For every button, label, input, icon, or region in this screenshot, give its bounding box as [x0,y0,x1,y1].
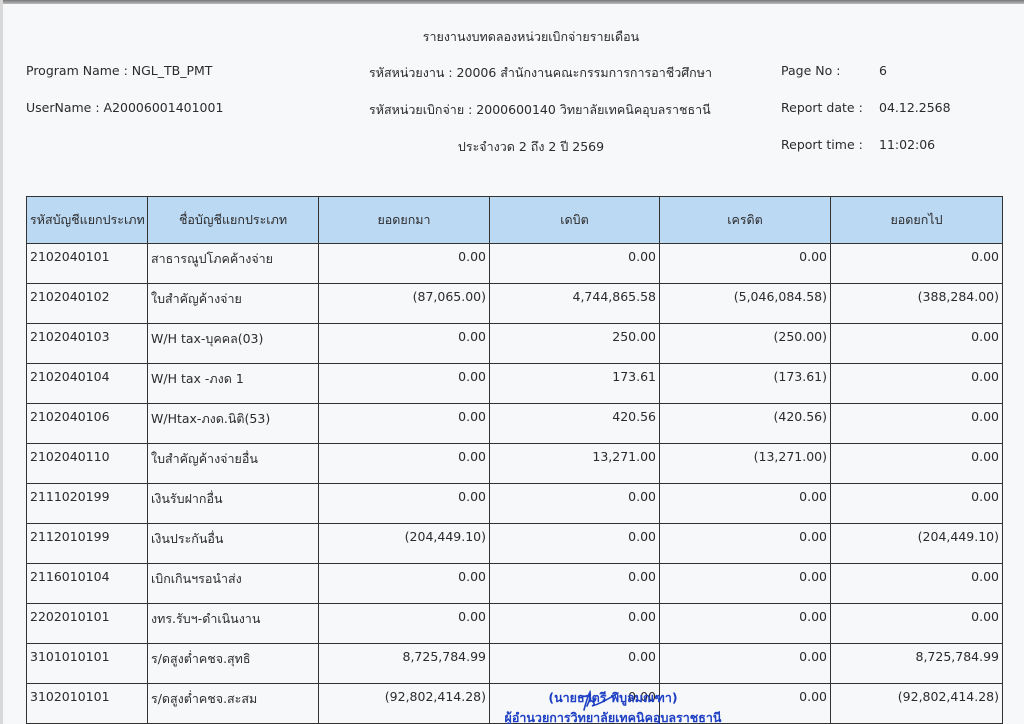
cell-credit: (250.00) [660,324,831,364]
cell-closing-balance: 0.00 [831,404,1003,444]
cell-debit: 0.00 [490,564,660,604]
cell-account-name: ร/ดสูงต่ำคชจ.สุทธิ [148,644,319,684]
page-no-label: Page No : [781,63,840,78]
cell-debit: 173.61 [490,364,660,404]
page-left-edge [0,0,3,724]
cell-opening-balance: 0.00 [319,484,490,524]
org-code: รหัสหน่วยงาน : 20006 สำนักงานคณะกรรมการก… [369,63,712,83]
table-row: 2102040110ใบสำคัญค้างจ่ายอื่น0.0013,271.… [27,444,1003,484]
col-header-closing-balance: ยอดยกไป [831,197,1003,244]
cell-opening-balance: (204,449.10) [319,524,490,564]
signer-title: ผู้อำนวยการวิทยาลัยเทคนิคอุบลราชธานี [0,708,1024,724]
cell-debit: 420.56 [490,404,660,444]
cell-closing-balance: 0.00 [831,484,1003,524]
cell-account-code: 2102040104 [27,364,148,404]
cell-credit: 0.00 [660,644,831,684]
cell-account-name: ใบสำคัญค้างจ่าย [148,284,319,324]
col-header-account-name: ชื่อบัญชีแยกประเภท [148,197,319,244]
cell-account-name: งทร.รับฯ-ดำเนินงาน [148,604,319,644]
cell-opening-balance: 0.00 [319,604,490,644]
cell-account-name: เงินรับฝากอื่น [148,484,319,524]
cell-closing-balance: 0.00 [831,604,1003,644]
col-header-debit: เดบิต [490,197,660,244]
cell-closing-balance: 0.00 [831,564,1003,604]
cell-account-name: เบิกเกินฯรอนำส่ง [148,564,319,604]
cell-opening-balance: 0.00 [319,364,490,404]
cell-account-code: 2202010101 [27,604,148,644]
cell-credit: 0.00 [660,244,831,284]
col-header-credit: เครดิต [660,197,831,244]
cell-account-name: สาธารณูปโภคค้างจ่าย [148,244,319,284]
cell-debit: 13,271.00 [490,444,660,484]
cell-opening-balance: 0.00 [319,244,490,284]
cell-closing-balance: (388,284.00) [831,284,1003,324]
cell-credit: (13,271.00) [660,444,831,484]
table-row: 2102040102ใบสำคัญค้างจ่าย(87,065.00)4,74… [27,284,1003,324]
report-time: 11:02:06 [879,137,935,152]
program-name: Program Name : NGL_TB_PMT [26,63,212,78]
cell-opening-balance: (87,065.00) [319,284,490,324]
cell-account-code: 3101010101 [27,644,148,684]
username: UserName : A20006001401001 [26,100,223,115]
cell-debit: 0.00 [490,524,660,564]
cell-account-name: W/Htax-ภงด.นิติ(53) [148,404,319,444]
cell-opening-balance: 8,725,784.99 [319,644,490,684]
report-title: รายงานงบทดลองหน่วยเบิกจ่ายรายเดือน [0,27,1024,47]
col-header-opening-balance: ยอดยกมา [319,197,490,244]
cell-debit: 250.00 [490,324,660,364]
cell-credit: 0.00 [660,524,831,564]
cell-credit: (173.61) [660,364,831,404]
signer-name: (นายธาตรี พิบูลมณฑา) [0,688,1024,708]
report-period: ประจำงวด 2 ถึง 2 ปี 2569 [0,137,1024,157]
cell-closing-balance: (204,449.10) [831,524,1003,564]
report-date: 04.12.2568 [879,100,951,115]
cell-closing-balance: 0.00 [831,364,1003,404]
cell-account-code: 2116010104 [27,564,148,604]
cell-account-name: เงินประกันอื่น [148,524,319,564]
table-row: 2111020199เงินรับฝากอื่น0.000.000.000.00 [27,484,1003,524]
table-row: 3101010101ร/ดสูงต่ำคชจ.สุทธิ8,725,784.99… [27,644,1003,684]
cell-closing-balance: 0.00 [831,324,1003,364]
table-header-row: รหัสบัญชีแยกประเภท ชื่อบัญชีแยกประเภท ยอ… [27,197,1003,244]
cell-debit: 0.00 [490,244,660,284]
table-row: 2112010199เงินประกันอื่น(204,449.10)0.00… [27,524,1003,564]
cell-debit: 4,744,865.58 [490,284,660,324]
cell-credit: 0.00 [660,484,831,524]
col-header-account-code: รหัสบัญชีแยกประเภท [27,197,148,244]
cell-account-code: 2102040101 [27,244,148,284]
table-row: 2102040103W/H tax-บุคคล(03)0.00250.00(25… [27,324,1003,364]
cell-account-code: 2102040103 [27,324,148,364]
cell-account-code: 2112010199 [27,524,148,564]
cell-opening-balance: 0.00 [319,564,490,604]
cell-opening-balance: 0.00 [319,324,490,364]
cell-credit: 0.00 [660,604,831,644]
table-row: 2102040106W/Htax-ภงด.นิติ(53)0.00420.56(… [27,404,1003,444]
page-no: 6 [879,63,887,78]
cell-account-code: 2102040106 [27,404,148,444]
table-row: 2102040104W/H tax -ภงด 10.00173.61(173.6… [27,364,1003,404]
report-time-label: Report time : [781,137,863,152]
cell-debit: 0.00 [490,644,660,684]
cell-credit: (5,046,084.58) [660,284,831,324]
cell-closing-balance: 0.00 [831,244,1003,284]
cell-account-name: W/H tax -ภงด 1 [148,364,319,404]
cell-account-name: W/H tax-บุคคล(03) [148,324,319,364]
table-row: 2102040101สาธารณูปโภคค้างจ่าย0.000.000.0… [27,244,1003,284]
cell-account-code: 2102040110 [27,444,148,484]
cell-debit: 0.00 [490,604,660,644]
trial-balance-table: รหัสบัญชีแยกประเภท ชื่อบัญชีแยกประเภท ยอ… [26,196,1003,724]
cell-account-name: ใบสำคัญค้างจ่ายอื่น [148,444,319,484]
cell-credit: (420.56) [660,404,831,444]
cell-credit: 0.00 [660,564,831,604]
disbursement-unit: รหัสหน่วยเบิกจ่าย : 2000600140 วิทยาลัยเ… [369,100,711,120]
table-row: 2202010101งทร.รับฯ-ดำเนินงาน0.000.000.00… [27,604,1003,644]
cell-account-code: 2111020199 [27,484,148,524]
cell-debit: 0.00 [490,484,660,524]
cell-opening-balance: 0.00 [319,404,490,444]
cell-opening-balance: 0.00 [319,444,490,484]
cell-closing-balance: 8,725,784.99 [831,644,1003,684]
page-top-edge [0,0,1024,4]
table-row: 2116010104เบิกเกินฯรอนำส่ง0.000.000.000.… [27,564,1003,604]
cell-closing-balance: 0.00 [831,444,1003,484]
cell-account-code: 2102040102 [27,284,148,324]
report-date-label: Report date : [781,100,863,115]
